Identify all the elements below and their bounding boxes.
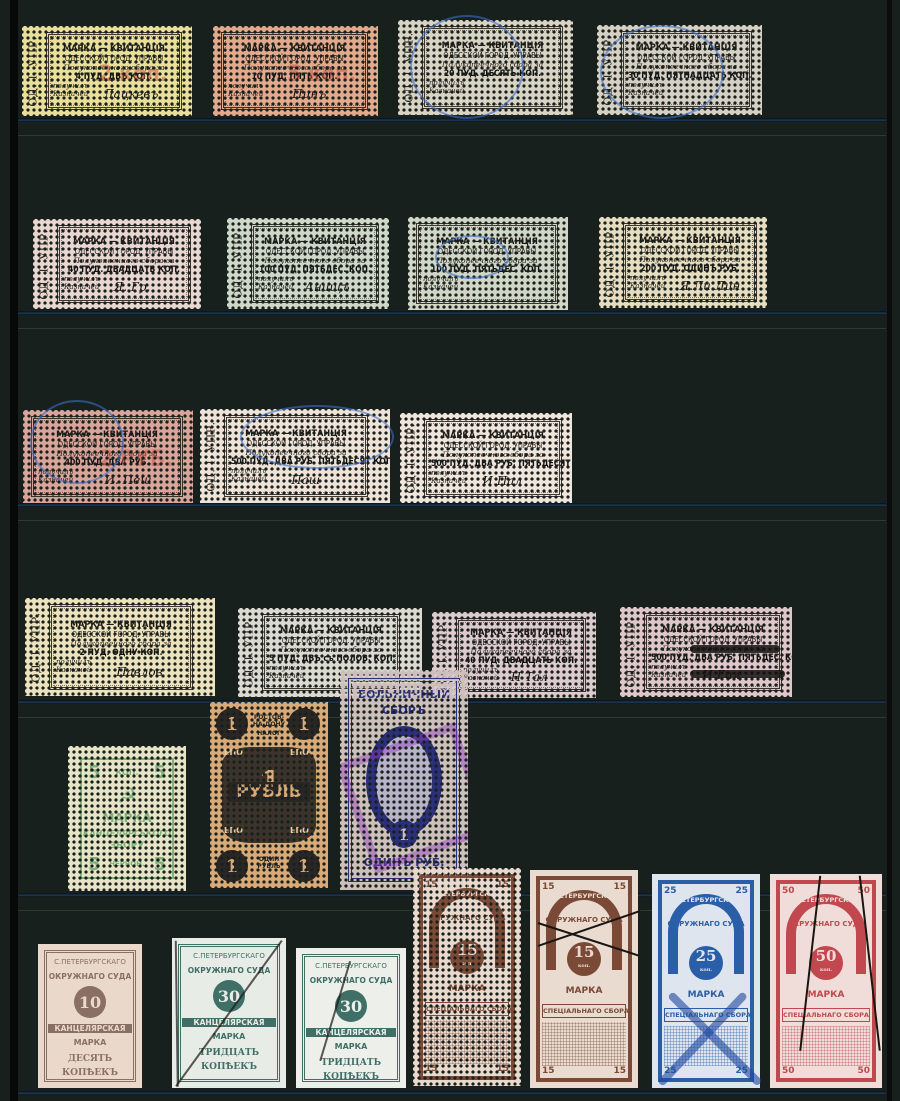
- stamp-issuer: ОДЕССКОЙ ГОРОД. УПРАВЫ: [651, 635, 775, 644]
- denomination: 15коп.: [450, 940, 484, 974]
- manuscript-cancel: Пинъ: [292, 87, 326, 101]
- corner-medallion: 1: [288, 708, 320, 740]
- stamp-issuer: ОДЕССКОЙ ГОРОД. УПРАВЫ: [64, 247, 184, 256]
- denomination-value: 15: [457, 943, 478, 957]
- stamp-title: МАРКА — КВИТАНЦІЯ: [228, 44, 361, 54]
- value-text: КОПѢЕКЪ: [296, 1072, 406, 1082]
- cashier-label: Казначей: [423, 283, 551, 291]
- postmark: [30, 400, 124, 484]
- corner-value: 15: [496, 1064, 509, 1074]
- value-text: ТРИДЦАТЬ: [296, 1058, 406, 1068]
- band-text: СПЕЦІАЛЬНАГО СБОРА: [782, 1008, 870, 1022]
- stamp-issuer: ОДЕССКОЙ ГОРОД. УПРАВЫ: [56, 630, 186, 639]
- corner-text: ЕПО: [224, 748, 243, 757]
- corner-value: 5: [82, 854, 107, 875]
- manuscript-cancel: Н Тал: [511, 670, 548, 684]
- denomination: 10: [74, 986, 106, 1018]
- stamp-label: МАРКА: [102, 811, 151, 825]
- guilloche-field: [782, 1026, 870, 1066]
- value-overprint: 5 коп.: [287, 62, 356, 87]
- denomination: 15коп.: [567, 942, 601, 976]
- value-text: ОДИН РУБЛЬ: [248, 856, 290, 870]
- receipt-stamp: ОД. I. УПР.МАРКА — КВИТАНЦІЯОДЕССКОЙ ГОР…: [33, 219, 201, 309]
- album-strip-fold: [18, 328, 886, 329]
- postmark: [435, 235, 509, 279]
- corner-medallion: 1: [216, 708, 248, 740]
- band-text: МАРКА: [172, 1032, 286, 1041]
- stamp-fee-text: Полукопеечного сбора за: [64, 256, 184, 265]
- stamp-fee-text: Полукопеечного сбора за: [269, 645, 393, 654]
- issuer-line: ОКРУЖНАГО СУДА: [38, 972, 142, 981]
- manuscript-cancel: Павлов: [116, 665, 162, 679]
- special-fee-stamp: 50505050С.ПЕТЕРБУРГСКАГООКРУЖНАГО СУДА50…: [770, 874, 882, 1088]
- value-text: ТРИДЦАТЬ: [172, 1048, 286, 1058]
- stamp-value: 5 ПУД. ДВѢ съ ПОЛОВ. КОП.: [269, 654, 393, 664]
- receipt-stamp: МАРКА — КВИТАНЦІЯОДЕССКОЙ ГОРОД. УПРАВЫП…: [213, 26, 378, 116]
- stamp-fee-text: Полукопеечного сбора за: [431, 450, 555, 459]
- postmark: [600, 25, 724, 119]
- receipt-stamp: ОД. I. УПР.МАРКА — КВИТАНЦІЯОДЕССКОЙ ГОР…: [599, 217, 767, 308]
- stamp-value: 100 ПУД. ПЯТЬДЕС. КОП.: [258, 265, 372, 275]
- side-tab-text: ОД. I. УПР.: [205, 421, 218, 491]
- side-tab-text: ОД. I. УПР.: [625, 617, 638, 687]
- manuscript-cancel: Паш: [291, 473, 320, 487]
- stamp-label: МАРКА: [770, 990, 882, 1000]
- inner-text: ОКРУЖНАГО СУДА: [652, 920, 760, 928]
- band-text: СПЕЦІАЛЬНАГО СБОРА: [664, 1008, 748, 1022]
- stamp-issuer: ОДЕССКОЙ ГОРОД. УПРАВЫ: [463, 638, 579, 647]
- band-text: МАРКА: [296, 1042, 406, 1051]
- denomination-value: 50: [816, 949, 837, 963]
- side-tab: ОД. I. УПР.: [620, 607, 642, 697]
- top-row: 5КОП.5: [82, 762, 172, 783]
- issuer-line: ОКРУЖНАГО СУДА: [172, 966, 286, 975]
- bottom-row: 5ЧЕРВОН.5: [82, 854, 172, 875]
- receipt-stamp: ОД. I. УПР.МАРКА — КВИТАНЦІЯОДЕССКОЙ ГОР…: [25, 598, 215, 696]
- receipt-stamp: ОД. I. УПР.МАРКА — КВИТАНЦІЯОДЕССКОЙ ГОР…: [227, 218, 389, 309]
- postmark: [410, 15, 524, 119]
- value-text: КОПѢЕКЪ: [38, 1068, 142, 1078]
- corner-medallion: 1: [216, 850, 248, 882]
- corner-value: 5: [147, 762, 172, 783]
- manuscript-cancel: Анищъ: [305, 280, 350, 294]
- corner-text: ЕПО: [290, 748, 309, 757]
- manuscript-cancel: Я.Ли Лин: [680, 279, 741, 293]
- corner-value: 15: [496, 880, 509, 890]
- denomination-unit: коп.: [700, 963, 712, 977]
- band-text: МАРКА: [38, 1038, 142, 1047]
- stamp-fee-text: Полукопеечного сбора за: [258, 256, 372, 265]
- stamp-title: МАРКА — КВИТАНЦІЯ: [56, 620, 186, 630]
- stamp-issuer: ОДЕССКОЙ ГОРОД. УПРАВЫ: [258, 247, 372, 256]
- corner-value: 15: [425, 880, 438, 890]
- corner-value: 15: [613, 882, 626, 892]
- stamp-title: МАРКА — КВИТАНЦІЯ: [463, 628, 579, 638]
- side-tab: ОД. I. УПР.: [400, 413, 422, 503]
- page-binding-edge: [10, 0, 18, 1101]
- side-tab: ОД. I. УПР.: [22, 26, 44, 116]
- ink-obliteration: [690, 645, 780, 653]
- album-strip: [18, 1091, 886, 1095]
- stamp-title: МАРКА — КВИТАНЦІЯ: [651, 625, 775, 635]
- corner-text: ЕПО: [290, 826, 309, 835]
- issuer-text: НАЛОГ: [248, 730, 290, 737]
- stamp-title: МАРКА — КВИТАНЦІЯ: [431, 431, 555, 441]
- side-tab: ОД. I. УПР.: [33, 219, 55, 309]
- denomination-unit: коп.: [461, 957, 473, 971]
- stamp-value: 500 ПУД. ДВА РУБ. ПЯТЬДЕСЯТ КОП.: [431, 459, 555, 469]
- denomination: 50коп.: [809, 946, 843, 980]
- issuer-line: ОКРУЖНАГО СУДА: [296, 976, 406, 985]
- side-tab-text: ОД. I. УПР.: [604, 227, 617, 297]
- stamp-title: СБОРЪ: [340, 704, 468, 717]
- stamp-issuer: ОДЕССКОЙ ГОРОД. УПРАВЫ: [431, 441, 555, 450]
- side-tab-text: ОД. I. УПР.: [405, 423, 418, 493]
- manuscript-cancel: И. Пеш: [105, 473, 152, 487]
- side-tab-text: ОД. I. УПР.: [243, 617, 256, 687]
- stamp-fee-text: Полукопеечного сбора за: [56, 639, 186, 648]
- side-tab-text: ОД. I. УПР.: [232, 228, 245, 298]
- side-tab: ОД. I. УПР.: [200, 409, 222, 503]
- corner-value: 25: [735, 886, 748, 896]
- stamp-issuer: ОДЕССКОЙ ГОРОД. УПРАВЫ: [630, 246, 750, 255]
- stamp-fee-text: Полукопеечного сбора за: [463, 647, 579, 656]
- stamp-value: 200 ПУД. ОДИНЪ РУБ.: [630, 264, 750, 274]
- stockbook-page: ОД. I. УПР.МАРКА — КВИТАНЦІЯОДЕССКОЙ ГОР…: [0, 0, 900, 1101]
- side-tab: ОД. I. УПР.: [227, 218, 249, 309]
- arch-text: С.ПЕТЕРБУРГСКАГО: [530, 892, 638, 900]
- side-tab: ОД. I. УПР.: [599, 217, 621, 308]
- manuscript-cancel: Лацкевъ: [104, 87, 159, 101]
- corner-medallion: 1: [288, 850, 320, 882]
- corner-value: 50: [782, 886, 795, 896]
- value-overprint: 2 коп.: [99, 62, 168, 87]
- arch-text: С.ПЕТЕРБУРГСКАГО: [652, 896, 760, 904]
- issuer-line: С.ПЕТЕРБУРГСКАГО: [38, 958, 142, 966]
- issuer-line: С.ПЕТЕРБУРГСКАГО: [296, 962, 406, 970]
- special-fee-stamp: 25252525С.ПЕТЕРБУРГСКАГООКРУЖНАГО СУДА25…: [652, 874, 760, 1088]
- album-strip: [18, 311, 886, 315]
- denomination-value: 25: [696, 949, 717, 963]
- stamp-value: 2 ПУД. ОДНУ КОП.: [56, 648, 186, 658]
- stamp-title: МАРКА — КВИТАНЦІЯ: [53, 44, 175, 54]
- court-chancellery-stamp: С.ПЕТЕРБУРГСКАГООКРУЖНАГО СУДА10КАНЦЕЛЯР…: [38, 944, 142, 1088]
- album-strip-fold: [18, 135, 886, 136]
- receipt-stamp: ОД. I. УПР.МАРКА — КВИТАНЦІЯОДЕССКОЙ ГОР…: [400, 413, 572, 503]
- album-strip: [18, 118, 886, 122]
- band-text: СПЕЦІАЛЬНАГО СБОРА: [542, 1004, 626, 1018]
- band-text: КАНЦЕЛЯРСКАЯ: [306, 1028, 396, 1037]
- corner-value: 50: [857, 886, 870, 896]
- postmark: [240, 405, 394, 469]
- value-text: ДЕСЯТЬ: [38, 1054, 142, 1064]
- hospital-fee-stamp: БОЛЬНИЧНЫЙСБОРЪРОСТОВСКАЯ НА ДОНУ ГОРОДС…: [340, 670, 468, 890]
- corner-text: ЕПО: [224, 826, 243, 835]
- denomination-unit: коп.: [578, 959, 590, 973]
- band-text: СПЕЦІАЛЬНАГО СБОРА: [425, 1002, 509, 1016]
- stamp-text: ЗБОРУ: [110, 841, 144, 851]
- stamp-value: 40 ПУД. ДВАДЦАТЬ КОП.: [64, 265, 184, 275]
- manuscript-cancel: Я. Гр.: [114, 280, 151, 294]
- side-tab: ОД. I. УПР.: [238, 608, 260, 697]
- issuer-text: РОСТОВ-НА-ДОНУ: [248, 714, 290, 728]
- corner-value: 50: [857, 1066, 870, 1076]
- corner-value: 15: [425, 1064, 438, 1074]
- guilloche-field: [425, 1020, 509, 1064]
- stamp-fee-text: Полукопеечного сбора за: [630, 255, 750, 264]
- denomination-unit: коп.: [820, 963, 832, 977]
- manuscript-cancel: И.Пал: [483, 474, 523, 488]
- hammer-sickle-icon: ☭: [117, 786, 137, 808]
- stamp-title: МАРКА — КВИТАНЦІЯ: [258, 237, 372, 247]
- denomination: 25коп.: [689, 946, 723, 980]
- currency-label: ЧЕРВОН.: [109, 860, 144, 868]
- stamp-value: 500 ПУД. ДВА РУБ. ПЯТЬДЕС. КОП.: [651, 653, 775, 663]
- corner-value: 15: [542, 1066, 555, 1076]
- special-fee-stamp: 15151515С.ПЕТЕРБУРГСКАГООКРУЖНАГО СУДА15…: [413, 868, 521, 1086]
- stamp-title: БОЛЬНИЧНЫЙ: [340, 688, 468, 701]
- inner-text: ОКРУЖНАГО СУДА: [413, 914, 521, 922]
- stamp-label: МАРКА: [530, 986, 638, 996]
- ink-obliteration: [690, 670, 785, 678]
- stamp-design: 5КОП.5☭МАРКАКАНЦЕЛЯРСЬКОГОЗБОРУ5ЧЕРВОН.5: [80, 758, 174, 879]
- stamp-label: МАРКА: [413, 984, 521, 994]
- stamp-issuer: ОДЕССКОЙ ГОРОД. УПРАВЫ: [269, 636, 393, 645]
- currency-label: КОП.: [115, 768, 138, 777]
- court-chancellery-stamp: С.ПЕТЕРБУРГСКАГООКРУЖНАГО СУДА30КАНЦЕЛЯР…: [296, 948, 406, 1088]
- corner-value: 15: [613, 1066, 626, 1076]
- side-tab-text: ОД. I. УПР.: [27, 36, 40, 106]
- corner-value: 15: [542, 882, 555, 892]
- album-strip-fold: [18, 520, 886, 521]
- stamp-value: 40 ПУД. ДВАДЦАТЬ КОП.: [463, 656, 579, 666]
- corner-value: 5: [147, 854, 172, 875]
- arch-text: С.ПЕТЕРБУРГСКАГО: [770, 896, 882, 904]
- receipt-stamp: ОД. I. УПР.МАРКА — КВИТАНЦІЯОДЕССКОЙ ГОР…: [22, 26, 192, 116]
- corner-value: 25: [664, 886, 677, 896]
- corner-value: 50: [782, 1066, 795, 1076]
- stamp-title: МАРКА — КВИТАНЦІЯ: [64, 237, 184, 247]
- corner-value: 5: [82, 762, 107, 783]
- chancellery-fee-stamp: 5КОП.5☭МАРКАКАНЦЕЛЯРСЬКОГОЗБОРУ5ЧЕРВОН.5: [68, 746, 186, 891]
- denomination-word: РУБЛЬ: [228, 782, 310, 802]
- band-text: КАНЦЕЛЯРСКАЯ: [48, 1024, 132, 1033]
- stamp-text: КАНЦЕЛЯРСЬКОГО: [83, 829, 171, 838]
- band-text: КАНЦЕЛЯРСКАЯ: [182, 1018, 276, 1027]
- side-tab-text: ОД. I. УПР.: [30, 612, 43, 682]
- rostov-tax-stamp: 1111РОСТОВ-НА-ДОНУНАЛОГЕПОЕПОЕПОЕПО1РУБЛ…: [210, 702, 328, 888]
- stamp-title: МАРКА — КВИТАНЦІЯ: [630, 236, 750, 246]
- side-tab-text: ОД. I. УПР.: [38, 229, 51, 299]
- guilloche-field: [542, 1022, 626, 1066]
- special-fee-stamp: 15151515С.ПЕТЕРБУРГСКАГООКРУЖНАГО СУДА15…: [530, 870, 638, 1088]
- page-right-edge: [887, 0, 892, 1101]
- side-tab: ОД. I. УПР.: [25, 598, 47, 696]
- stamp-title: МАРКА — КВИТАНЦІЯ: [269, 626, 393, 636]
- album-strip: [18, 503, 886, 507]
- arch-text: С.ПЕТЕРБУРГСКАГО: [413, 890, 521, 898]
- denomination-value: 15: [574, 945, 595, 959]
